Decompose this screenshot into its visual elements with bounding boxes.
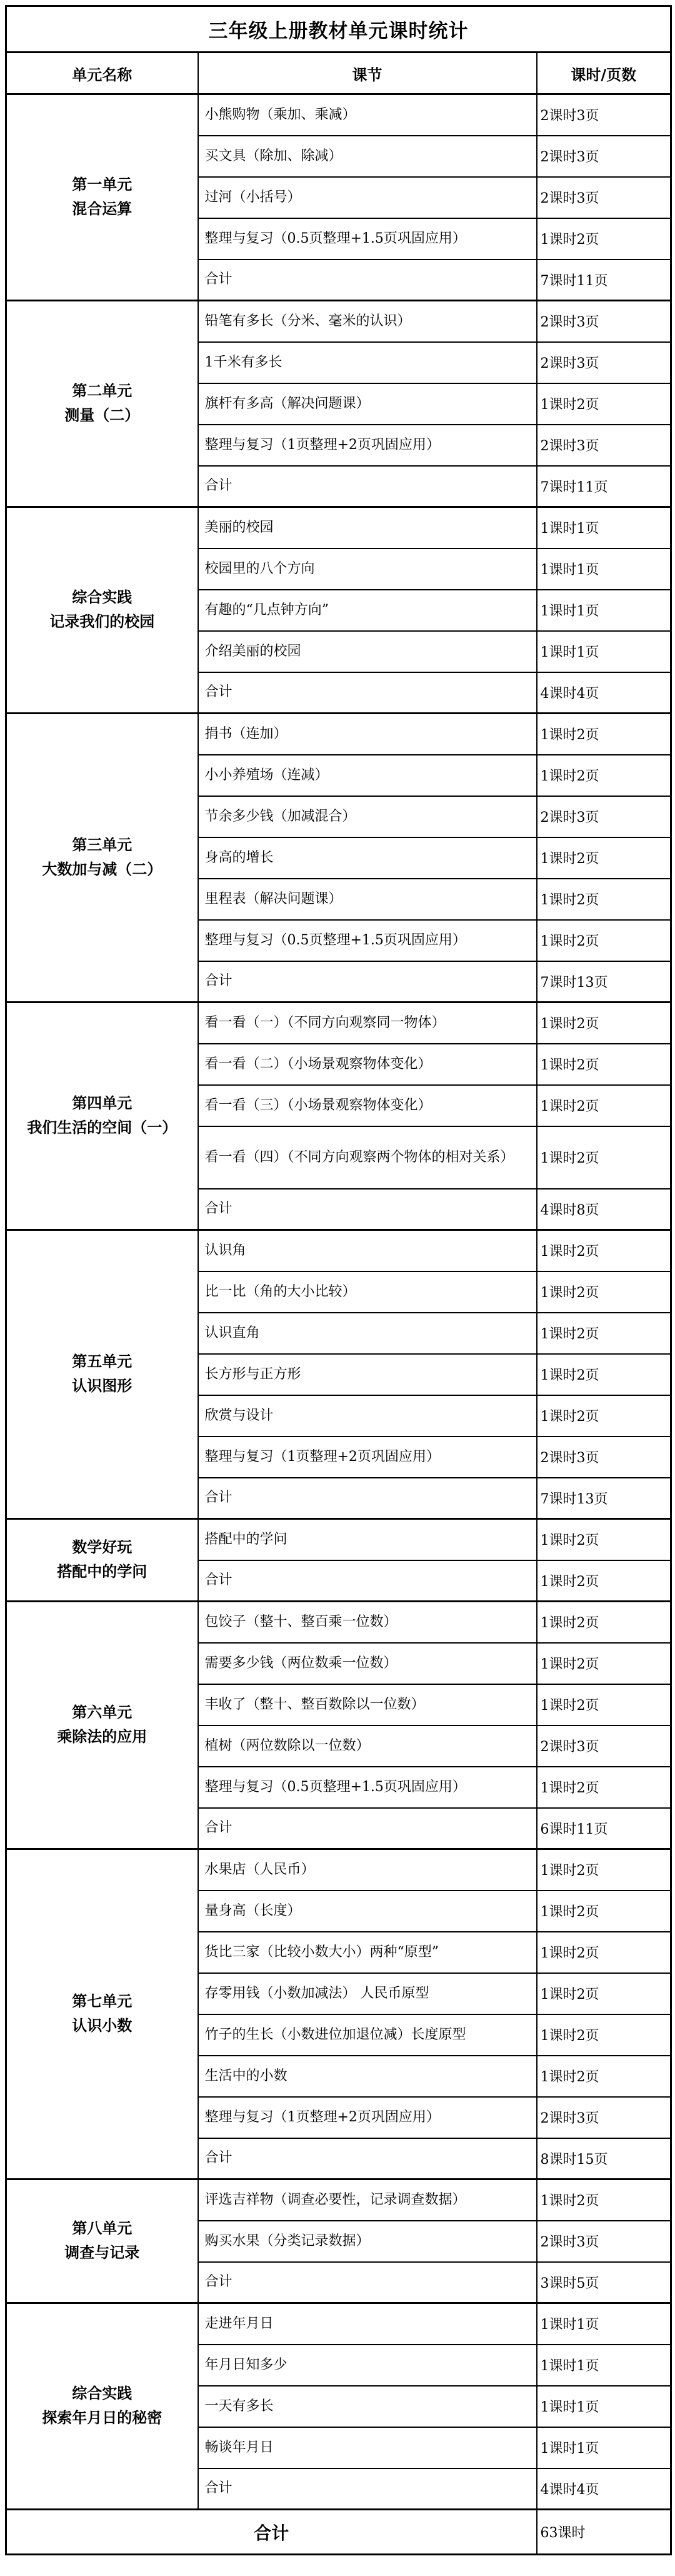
lesson-cell: 植树（两位数除以一位数） [198,1725,537,1767]
unit-name-line: 第五单元 [9,1350,195,1374]
hours-cell: 1课时2页 [537,1395,671,1437]
lesson-cell: 整理与复习（0.5页整理+1.5页巩固应用） [198,920,537,961]
lesson-cell: 搭配中的学问 [198,1519,537,1560]
hours-cell: 1课时2页 [537,2179,671,2221]
lesson-cell: 买文具（除加、除减） [198,136,537,177]
hours-cell: 2课时3页 [537,342,671,383]
lesson-cell: 量身高（长度） [198,1891,537,1932]
unit-name-cell: 综合实践记录我们的校园 [6,507,198,714]
column-header-lesson: 课节 [198,53,537,94]
lesson-cell: 合计 [198,961,537,1003]
course-schedule-table: 三年级上册教材单元课时统计 单元名称 课节 课时/页数 第一单元混合运算小熊购物… [5,5,672,2555]
hours-cell: 1课时2页 [537,1602,671,1643]
hours-cell: 1课时2页 [537,1085,671,1126]
unit-name-cell: 第三单元大数加与减（二） [6,714,198,1003]
hours-cell: 2课时3页 [537,425,671,466]
hours-cell: 2课时3页 [537,177,671,218]
lesson-cell: 里程表（解决问题课） [198,879,537,920]
hours-cell: 2课时3页 [537,301,671,342]
hours-cell: 1课时2页 [537,1767,671,1808]
lesson-cell: 合计 [198,1478,537,1519]
grand-total-row: 合计 63课时 [6,2510,671,2555]
unit-name-line: 探索年月日的秘密 [9,2407,195,2430]
unit-name-line: 大数加与减（二） [9,858,195,882]
unit-name-cell: 第二单元测量（二） [6,301,198,507]
hours-cell: 1课时2页 [537,1044,671,1085]
hours-cell: 1课时2页 [537,1271,671,1313]
header-row: 单元名称 课节 课时/页数 [6,53,671,94]
hours-cell: 1课时1页 [537,631,671,672]
hours-cell: 1课时1页 [537,2345,671,2386]
lesson-cell: 捐书（连加） [198,714,537,755]
unit-name-line: 综合实践 [9,586,195,610]
hours-cell: 4课时4页 [537,2468,671,2510]
column-header-unit-name: 单元名称 [6,53,198,94]
lesson-cell: 畅谈年月日 [198,2427,537,2468]
lesson-cell: 看一看（四）（不同方向观察两个物体的相对关系） [198,1126,537,1189]
hours-cell: 1课时2页 [537,879,671,920]
lesson-cell: 一天有多长 [198,2386,537,2427]
document-page: 三年级上册教材单元课时统计 单元名称 课节 课时/页数 第一单元混合运算小熊购物… [0,5,675,2576]
unit-name-line: 乘除法的应用 [9,1725,195,1749]
lesson-cell: 整理与复习（1页整理+2页巩固应用） [198,2097,537,2138]
table-row: 数学好玩搭配中的学问搭配中的学问1课时2页 [6,1519,671,1560]
hours-cell: 7课时11页 [537,466,671,507]
table-row: 第四单元我们生活的空间（一）看一看（一）（不同方向观察同一物体）1课时2页 [6,1003,671,1044]
hours-cell: 1课时2页 [537,1643,671,1684]
lesson-cell: 过河（小括号） [198,177,537,218]
hours-cell: 1课时2页 [537,1560,671,1602]
unit-name-line: 第四单元 [9,1092,195,1116]
table-row: 第五单元认识图形认识角1课时2页 [6,1230,671,1271]
hours-cell: 1课时2页 [537,1891,671,1932]
hours-cell: 8课时15页 [537,2138,671,2179]
lesson-cell: 合计 [198,466,537,507]
unit-name-cell: 第六单元乘除法的应用 [6,1602,198,1849]
lesson-cell: 整理与复习（1页整理+2页巩固应用） [198,425,537,466]
table-row: 第七单元认识小数水果店（人民币）1课时2页 [6,1849,671,1891]
lesson-cell: 生活中的小数 [198,2056,537,2097]
lesson-cell: 包饺子（整十、整百乘一位数） [198,1602,537,1643]
unit-name-line: 第一单元 [9,173,195,197]
lesson-cell: 货比三家（比较小数大小）两种“原型” [198,1932,537,1973]
table-row: 综合实践探索年月日的秘密走进年月日1课时1页 [6,2303,671,2345]
hours-cell: 2课时3页 [537,136,671,177]
table-row: 第八单元调查与记录评选吉祥物（调查必要性，记录调查数据）1课时2页 [6,2179,671,2221]
lesson-cell: 小小养殖场（连减） [198,755,537,796]
lesson-cell: 整理与复习（1页整理+2页巩固应用） [198,1437,537,1478]
lesson-cell: 评选吉祥物（调查必要性，记录调查数据） [198,2179,537,2221]
lesson-cell: 整理与复习（0.5页整理+1.5页巩固应用） [198,1767,537,1808]
unit-name-line: 调查与记录 [9,2241,195,2265]
unit-name-line: 第二单元 [9,380,195,403]
lesson-cell: 长方形与正方形 [198,1354,537,1395]
hours-cell: 1课时1页 [537,507,671,548]
hours-cell: 7课时13页 [537,1478,671,1519]
unit-name-cell: 第八单元调查与记录 [6,2179,198,2303]
hours-cell: 1课时2页 [537,1313,671,1354]
lesson-cell: 合计 [198,1560,537,1602]
hours-cell: 2课时3页 [537,1437,671,1478]
hours-cell: 1课时2页 [537,218,671,260]
grand-total-label: 合计 [6,2510,537,2555]
lesson-cell: 年月日知多少 [198,2345,537,2386]
hours-cell: 1课时2页 [537,920,671,961]
lesson-cell: 存零用钱（小数加减法） 人民币原型 [198,1973,537,2014]
hours-cell: 2课时3页 [537,796,671,837]
unit-name-line: 认识小数 [9,2014,195,2038]
hours-cell: 4课时4页 [537,672,671,714]
unit-name-line: 认识图形 [9,1375,195,1398]
hours-cell: 2课时3页 [537,2221,671,2262]
hours-cell: 3课时5页 [537,2262,671,2303]
lesson-cell: 小熊购物（乘加、乘减） [198,94,537,136]
hours-cell: 2课时3页 [537,1725,671,1767]
lesson-cell: 比一比（角的大小比较） [198,1271,537,1313]
hours-cell: 1课时2页 [537,1932,671,1973]
lesson-cell: 美丽的校园 [198,507,537,548]
lesson-cell: 走进年月日 [198,2303,537,2345]
unit-name-line: 搭配中的学问 [9,1560,195,1584]
title-row: 三年级上册教材单元课时统计 [6,6,671,53]
unit-name-line: 记录我们的校园 [9,610,195,634]
lesson-cell: 合计 [198,2262,537,2303]
unit-name-line: 混合运算 [9,198,195,221]
column-header-hours-pages: 课时/页数 [537,53,671,94]
hours-cell: 1课时1页 [537,2386,671,2427]
hours-cell: 1课时2页 [537,2014,671,2056]
lesson-cell: 有趣的“几点钟方向” [198,590,537,631]
lesson-cell: 水果店（人民币） [198,1849,537,1891]
lesson-cell: 认识角 [198,1230,537,1271]
hours-cell: 1课时1页 [537,2303,671,2345]
table-row: 综合实践记录我们的校园美丽的校园1课时1页 [6,507,671,548]
table-row: 第三单元大数加与减（二）捐书（连加）1课时2页 [6,714,671,755]
hours-cell: 1课时2页 [537,1849,671,1891]
hours-cell: 1课时2页 [537,2056,671,2097]
unit-name-line: 第七单元 [9,1990,195,2014]
lesson-cell: 合计 [198,2468,537,2510]
unit-name-line: 第八单元 [9,2217,195,2241]
lesson-cell: 校园里的八个方向 [198,548,537,590]
hours-cell: 2课时3页 [537,94,671,136]
lesson-cell: 欣赏与设计 [198,1395,537,1437]
hours-cell: 1课时1页 [537,2427,671,2468]
unit-name-cell: 第一单元混合运算 [6,94,198,301]
lesson-cell: 看一看（一）（不同方向观察同一物体） [198,1003,537,1044]
unit-name-cell: 第七单元认识小数 [6,1849,198,2179]
unit-name-line: 第三单元 [9,834,195,857]
hours-cell: 4课时8页 [537,1189,671,1230]
lesson-cell: 节余多少钱（加减混合） [198,796,537,837]
hours-cell: 6课时11页 [537,1808,671,1849]
lesson-cell: 身高的增长 [198,837,537,879]
lesson-cell: 竹子的生长（小数进位加退位减）长度原型 [198,2014,537,2056]
hours-cell: 1课时2页 [537,1354,671,1395]
lesson-cell: 看一看（三）（小场景观察物体变化） [198,1085,537,1126]
lesson-cell: 合计 [198,672,537,714]
hours-cell: 7课时13页 [537,961,671,1003]
lesson-cell: 1千米有多长 [198,342,537,383]
lesson-cell: 丰收了（整十、整百数除以一位数） [198,1684,537,1725]
unit-name-line: 我们生活的空间（一） [9,1116,195,1140]
table-row: 第六单元乘除法的应用包饺子（整十、整百乘一位数）1课时2页 [6,1602,671,1643]
lesson-cell: 需要多少钱（两位数乘一位数） [198,1643,537,1684]
unit-name-line: 第六单元 [9,1701,195,1725]
unit-name-cell: 综合实践探索年月日的秘密 [6,2303,198,2510]
lesson-cell: 合计 [198,260,537,301]
grand-total-value: 63课时 [537,2510,671,2555]
hours-cell: 1课时2页 [537,1126,671,1189]
hours-cell: 1课时2页 [537,755,671,796]
hours-cell: 1课时1页 [537,548,671,590]
table-body: 第一单元混合运算小熊购物（乘加、乘减）2课时3页买文具（除加、除减）2课时3页过… [6,94,671,2510]
unit-name-cell: 第五单元认识图形 [6,1230,198,1519]
lesson-cell: 购买水果（分类记录数据） [198,2221,537,2262]
hours-cell: 1课时2页 [537,837,671,879]
unit-name-line: 数学好玩 [9,1536,195,1560]
page-title: 三年级上册教材单元课时统计 [6,6,671,53]
unit-name-line: 测量（二） [9,404,195,428]
table-row: 第一单元混合运算小熊购物（乘加、乘减）2课时3页 [6,94,671,136]
lesson-cell: 铅笔有多长（分米、毫米的认识） [198,301,537,342]
lesson-cell: 旗杆有多高（解决问题课） [198,383,537,425]
lesson-cell: 合计 [198,1189,537,1230]
lesson-cell: 合计 [198,1808,537,1849]
lesson-cell: 认识直角 [198,1313,537,1354]
hours-cell: 1课时2页 [537,1684,671,1725]
hours-cell: 1课时2页 [537,383,671,425]
unit-name-cell: 第四单元我们生活的空间（一） [6,1003,198,1230]
hours-cell: 1课时2页 [537,1519,671,1560]
lesson-cell: 介绍美丽的校园 [198,631,537,672]
hours-cell: 1课时2页 [537,1973,671,2014]
hours-cell: 1课时2页 [537,1003,671,1044]
lesson-cell: 合计 [198,2138,537,2179]
unit-name-line: 综合实践 [9,2382,195,2406]
table-row: 第二单元测量（二）铅笔有多长（分米、毫米的认识）2课时3页 [6,301,671,342]
hours-cell: 2课时3页 [537,2097,671,2138]
unit-name-cell: 数学好玩搭配中的学问 [6,1519,198,1602]
hours-cell: 1课时1页 [537,590,671,631]
lesson-cell: 看一看（二）（小场景观察物体变化） [198,1044,537,1085]
hours-cell: 7课时11页 [537,260,671,301]
hours-cell: 1课时2页 [537,714,671,755]
hours-cell: 1课时2页 [537,1230,671,1271]
lesson-cell: 整理与复习（0.5页整理+1.5页巩固应用） [198,218,537,260]
